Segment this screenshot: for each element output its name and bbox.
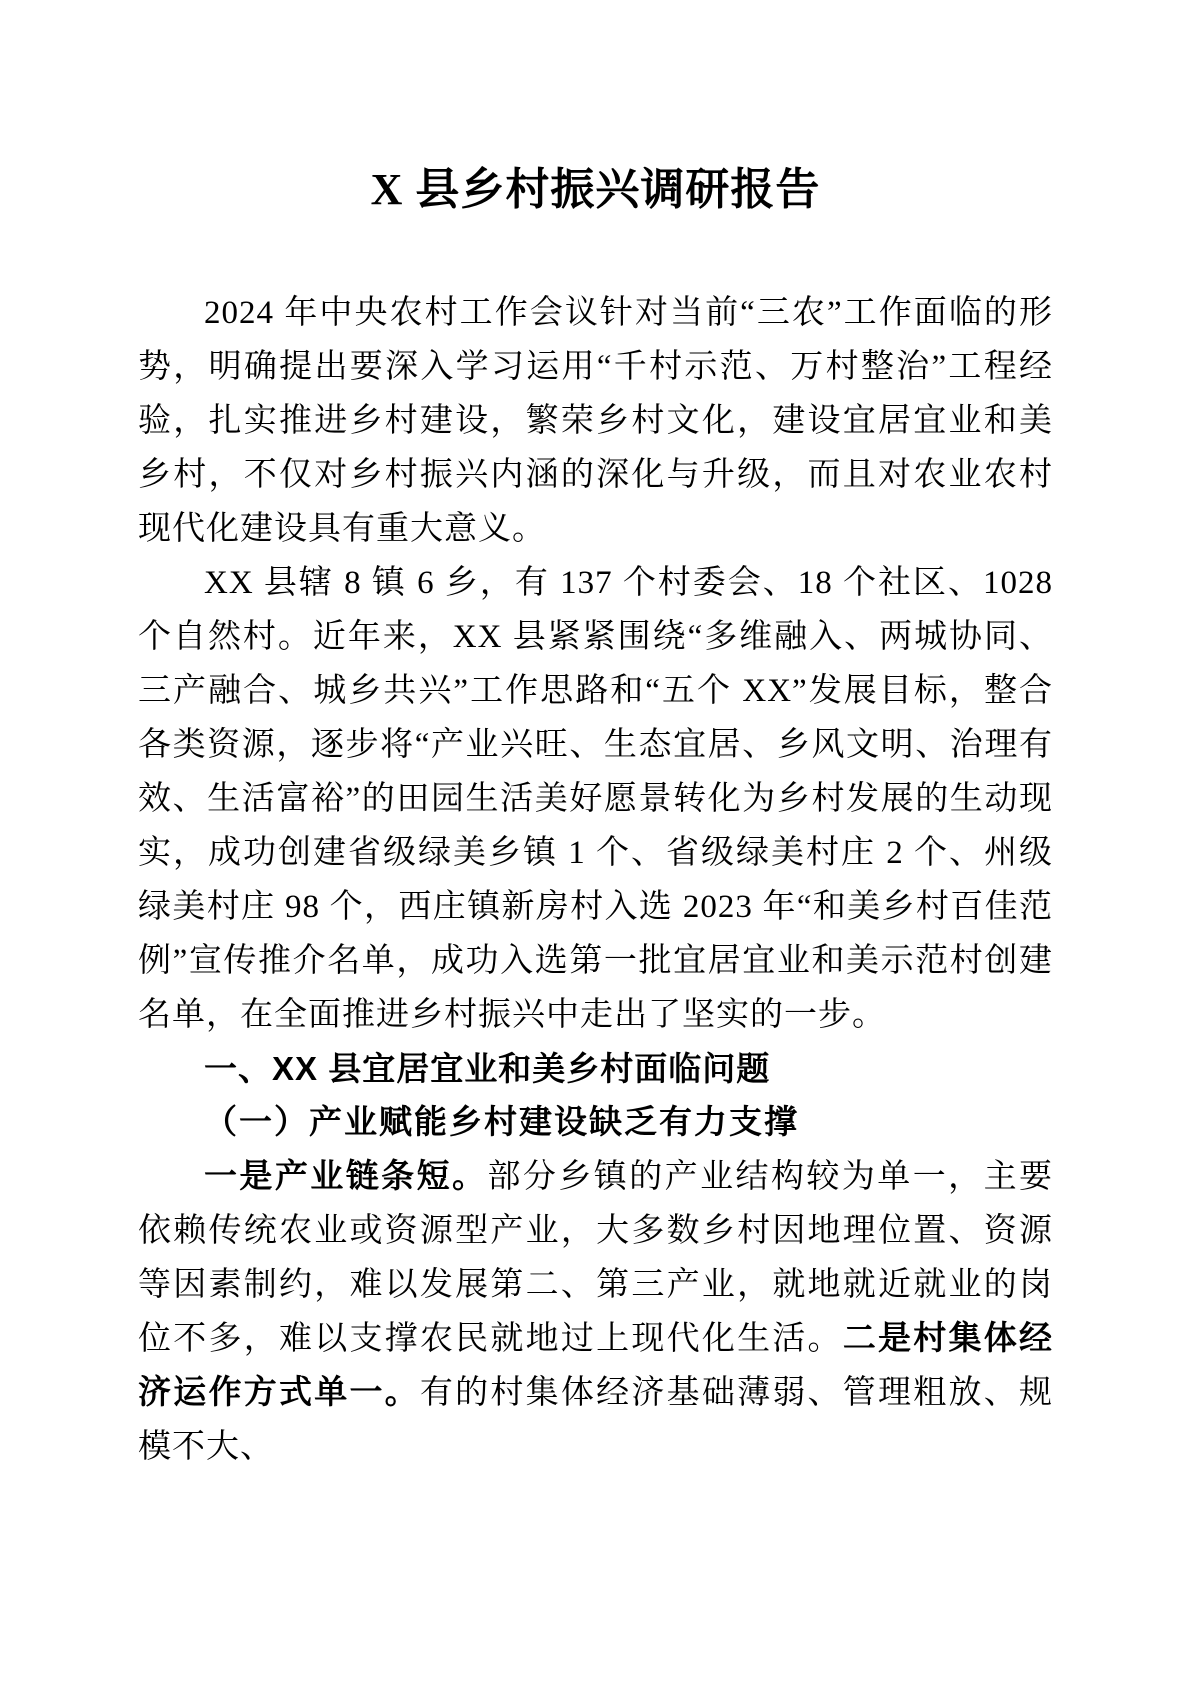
- problem-lead-1: 一是产业链条短。: [204, 1159, 487, 1195]
- paragraph-industry-problems: 一是产业链条短。部分乡镇的产业结构较为单一，主要依赖传统农业或资源型产业，大多数…: [138, 1150, 1053, 1474]
- paragraph-county-overview: XX 县辖 8 镇 6 乡，有 137 个村委会、18 个社区、1028 个自然…: [138, 556, 1053, 1042]
- document-title: X 县乡村振兴调研报告: [138, 160, 1053, 220]
- section-1-heading: 一、XX 县宜居宜业和美乡村面临问题: [138, 1042, 1053, 1096]
- paragraph-intro: 2024 年中央农村工作会议针对当前“三农”工作面临的形势，明确提出要深入学习运…: [138, 286, 1053, 556]
- section-1-subheading: （一）产业赋能乡村建设缺乏有力支撑: [138, 1096, 1053, 1150]
- document-page: X 县乡村振兴调研报告 2024 年中央农村工作会议针对当前“三农”工作面临的形…: [0, 0, 1190, 1683]
